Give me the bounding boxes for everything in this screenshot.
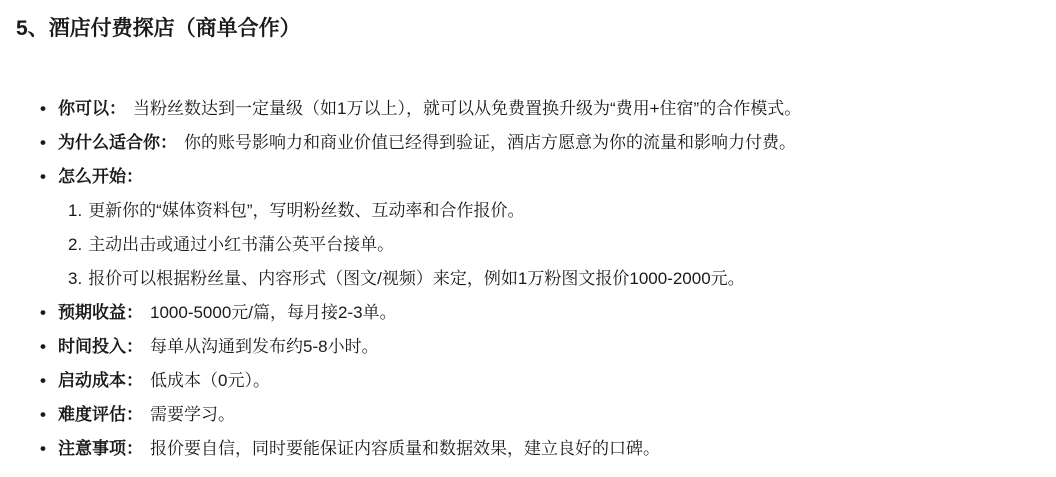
list-item: • 注意事项：报价要自信，同时要能保证内容质量和数据效果，建立良好的口碑。 xyxy=(40,438,1056,459)
list-item-content: 你可以：当粉丝数达到一定量级（如1万以上），就可以从免费置换升级为“费用+住宿”… xyxy=(58,98,801,119)
bullet-list: • 你可以：当粉丝数达到一定量级（如1万以上），就可以从免费置换升级为“费用+住… xyxy=(16,98,1056,459)
step-text: 报价可以根据粉丝量、内容形式（图文/视频）来定，例如1万粉图文报价1000-20… xyxy=(88,268,744,289)
item-label: 注意事项： xyxy=(58,439,143,458)
item-label: 为什么适合你： xyxy=(58,133,177,152)
list-item-content: 注意事项：报价要自信，同时要能保证内容质量和数据效果，建立良好的口碑。 xyxy=(58,438,660,459)
list-item-content: 启动成本：低成本（0元）。 xyxy=(58,370,270,391)
list-item: • 你可以：当粉丝数达到一定量级（如1万以上），就可以从免费置换升级为“费用+住… xyxy=(40,98,1056,119)
item-label: 难度评估： xyxy=(58,405,143,424)
list-item: • 怎么开始： 1. 更新你的“媒体资料包”，写明粉丝数、互动率和合作报价。 2… xyxy=(40,166,1056,289)
document-page: 5、酒店付费探店（商单合作） • 你可以：当粉丝数达到一定量级（如1万以上），就… xyxy=(0,0,1056,459)
bullet-icon: • xyxy=(40,98,58,119)
bullet-icon: • xyxy=(40,336,58,357)
bullet-icon: • xyxy=(40,438,58,459)
list-item: • 启动成本：低成本（0元）。 xyxy=(40,370,1056,391)
item-text: 低成本（0元）。 xyxy=(150,371,270,390)
item-text: 你的账号影响力和商业价值已经得到验证，酒店方愿意为你的流量和影响力付费。 xyxy=(184,133,796,152)
list-item-content: 怎么开始： 1. 更新你的“媒体资料包”，写明粉丝数、互动率和合作报价。 2. … xyxy=(58,166,745,289)
item-label: 时间投入： xyxy=(58,337,143,356)
item-label: 怎么开始： xyxy=(58,167,143,186)
list-item: • 预期收益：1000-5000元/篇，每月接2-3单。 xyxy=(40,302,1056,323)
list-item-content: 难度评估：需要学习。 xyxy=(58,404,235,425)
step-text: 更新你的“媒体资料包”，写明粉丝数、互动率和合作报价。 xyxy=(88,200,524,221)
item-text: 每单从沟通到发布约5-8小时。 xyxy=(150,337,379,356)
step-item: 2. 主动出击或通过小红书蒲公英平台接单。 xyxy=(68,234,745,255)
item-text: 需要学习。 xyxy=(150,405,235,424)
list-item-content: 为什么适合你：你的账号影响力和商业价值已经得到验证，酒店方愿意为你的流量和影响力… xyxy=(58,132,796,153)
list-item: • 为什么适合你：你的账号影响力和商业价值已经得到验证，酒店方愿意为你的流量和影… xyxy=(40,132,1056,153)
step-number: 2. xyxy=(68,234,82,255)
bullet-icon: • xyxy=(40,302,58,323)
item-text: 报价要自信，同时要能保证内容质量和数据效果，建立良好的口碑。 xyxy=(150,439,660,458)
step-list: 1. 更新你的“媒体资料包”，写明粉丝数、互动率和合作报价。 2. 主动出击或通… xyxy=(58,200,745,289)
item-label: 你可以： xyxy=(58,99,126,118)
step-item: 1. 更新你的“媒体资料包”，写明粉丝数、互动率和合作报价。 xyxy=(68,200,745,221)
step-item: 3. 报价可以根据粉丝量、内容形式（图文/视频）来定，例如1万粉图文报价1000… xyxy=(68,268,745,289)
item-text: 当粉丝数达到一定量级（如1万以上），就可以从免费置换升级为“费用+住宿”的合作模… xyxy=(133,99,801,118)
item-label: 预期收益： xyxy=(58,303,143,322)
list-item: • 时间投入：每单从沟通到发布约5-8小时。 xyxy=(40,336,1056,357)
bullet-icon: • xyxy=(40,132,58,153)
list-item-content: 预期收益：1000-5000元/篇，每月接2-3单。 xyxy=(58,302,397,323)
step-number: 3. xyxy=(68,268,82,289)
bullet-icon: • xyxy=(40,404,58,425)
bullet-icon: • xyxy=(40,370,58,391)
step-text: 主动出击或通过小红书蒲公英平台接单。 xyxy=(88,234,394,255)
list-item-content: 时间投入：每单从沟通到发布约5-8小时。 xyxy=(58,336,379,357)
step-number: 1. xyxy=(68,200,82,221)
bullet-icon: • xyxy=(40,166,58,289)
list-item: • 难度评估：需要学习。 xyxy=(40,404,1056,425)
item-label: 启动成本： xyxy=(58,371,143,390)
section-title: 5、酒店付费探店（商单合作） xyxy=(16,17,1056,41)
item-text: 1000-5000元/篇，每月接2-3单。 xyxy=(150,303,397,322)
